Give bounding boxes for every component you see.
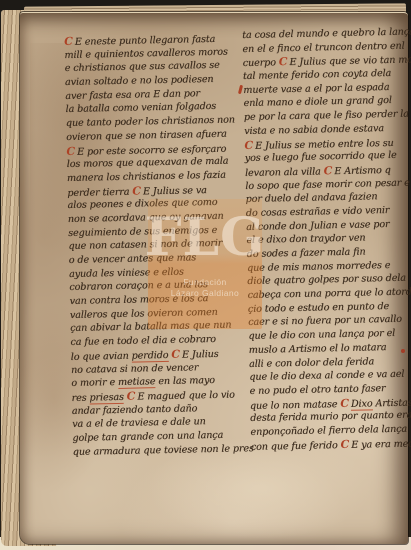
text-run: ca fue en todo el dia e cobraro (70, 334, 216, 348)
text-run: con que fue ferido (251, 440, 341, 453)
text-run: andar faziendo tanto daño (72, 403, 198, 417)
text-run: E Julius se va (143, 185, 207, 197)
text-run: priesas (89, 392, 124, 405)
text-run: pe por la cara que le fiso perder la (244, 109, 409, 123)
manuscript-page: CE eneste punto llegaron fastamill e qui… (20, 12, 408, 544)
text-run: do cosas estrañas e vido venir (246, 205, 390, 219)
text-run: muslo a Artismo el lo matara (249, 342, 387, 356)
text-run: enla mano e diole un grand gol (243, 95, 391, 109)
text-run: E Julius que se vio tan mor (289, 55, 411, 69)
calderon-mark: C (66, 144, 77, 157)
text-run: do sodes a fazer mala fin (247, 246, 366, 259)
text-run: E ya era medio (351, 438, 411, 450)
text-run: la batalla como venian folgados (65, 101, 216, 115)
text-run: non se acordava que oy ganavan (68, 211, 224, 225)
text-run: vista e no sabia donde estava (244, 123, 384, 137)
text-run: cabeça con una porra que lo atordes (247, 286, 411, 301)
text-run: lo que avian (71, 350, 132, 362)
text-run: res (71, 392, 89, 403)
text-run: seguimiento de sus enemigos e (68, 224, 217, 238)
manuscript-line: con que fue ferido CE ya era medio (251, 436, 411, 453)
calderon-mark: C (340, 437, 351, 450)
text-run: perdido (131, 350, 168, 363)
text-run: va a el de traviesa e dale un (72, 416, 206, 430)
text-run: que tanto poder los christianos non (66, 115, 235, 130)
text-run: cuerpo (243, 58, 279, 70)
text-run: e christianos que sus cavallos se (65, 60, 220, 74)
text-column-left: CE eneste punto llegaron fastamill e qui… (64, 31, 251, 459)
text-run: que de mis manos morredes e (247, 260, 390, 274)
text-run: al conde don Julian e vase por (246, 219, 390, 233)
calderon-mark: C (132, 184, 143, 197)
text-run: e no pudo el otro tanto faser (249, 383, 385, 397)
text-run: Artistas (372, 397, 411, 409)
text-run: muerte vase a el por la espada (243, 82, 389, 96)
text-run: lo sopo que fase morir con pesar e (245, 177, 410, 191)
calderon-mark: C (340, 396, 351, 409)
text-run: caer e si no fuera por un cavallo (248, 314, 402, 328)
text-run: enponçoñado el fierro dela lança (250, 424, 407, 438)
text-run: que armadura que toviese non le pres (73, 443, 254, 458)
text-run: alli e con dolor dela ferida (249, 356, 374, 370)
text-column-right: ta cosa del mundo e quebro la lançaen el… (242, 26, 411, 454)
text-run: E Artismo q (334, 165, 391, 177)
text-run: ta cosa del mundo e quebro la lança (242, 26, 411, 41)
manuscript-line: que armadura que toviese non le pres (73, 442, 251, 459)
text-run: ovieron que se non tirasen afuera (66, 128, 227, 142)
text-run: van contra los moros e los ca (69, 293, 208, 307)
text-run: aver fasta esa ora E dan por (65, 88, 200, 102)
text-run: tal mente ferido con coyta dela (243, 68, 391, 82)
text-run: no catava si non de vencer (71, 362, 198, 376)
calderon-mark: C (127, 389, 138, 402)
calderon-mark: C (64, 35, 75, 48)
text-run: çio todo e estudo en punto de (248, 301, 389, 315)
text-run: o morir e (71, 377, 118, 389)
text-run: ayuda les viniese e ellos (69, 266, 184, 279)
text-run: o de vencer antes que mas (69, 252, 197, 266)
manuscript-photo: CE eneste punto llegaron fastamill e qui… (0, 0, 411, 550)
text-run: Dixo (351, 398, 373, 410)
text-run: cobraron coraçon e a una los (69, 279, 208, 293)
calderon-mark: C (171, 347, 182, 360)
text-run: levaron ala villa (245, 166, 324, 179)
text-run: que le dio con una lança por el (248, 328, 395, 342)
text-run: diole quatro golpes por suso dela (247, 273, 406, 287)
text-run: avian soltado e no los podiesen (65, 74, 214, 88)
text-run: los moros que aquexavan de mala (67, 156, 229, 170)
text-run: perder tierra (67, 186, 132, 198)
text-run: que le dio dexa al conde e va ael (249, 369, 404, 383)
text-run: metiase (118, 376, 156, 389)
text-run: alos peones e dixoles que como (67, 197, 217, 211)
text-run: el e dixo don traydor ven (246, 233, 365, 246)
calderon-mark: C (244, 138, 255, 151)
text-run: que lo non matase (250, 399, 341, 412)
text-run: manera los christianos e los fazia (67, 170, 226, 184)
margin-red-dot (401, 349, 405, 353)
text-run: que non catasen si non de morir (68, 238, 222, 252)
text-run: valleros que los ovieron comen (70, 307, 218, 321)
text-run: E Julius (182, 349, 219, 361)
text-run: E magued que lo vio (137, 389, 235, 402)
calderon-mark: C (279, 55, 290, 68)
text-run: golpe tan grande con una lança (72, 430, 223, 444)
text-run: por duelo del andava fazien (245, 191, 377, 205)
text-run: desta ferida murio por quanto era (250, 410, 411, 424)
text-run: yos e luego fue socorrido que le (245, 150, 397, 164)
text-run: en las mayo (155, 375, 215, 387)
calderon-mark: C (323, 164, 334, 177)
